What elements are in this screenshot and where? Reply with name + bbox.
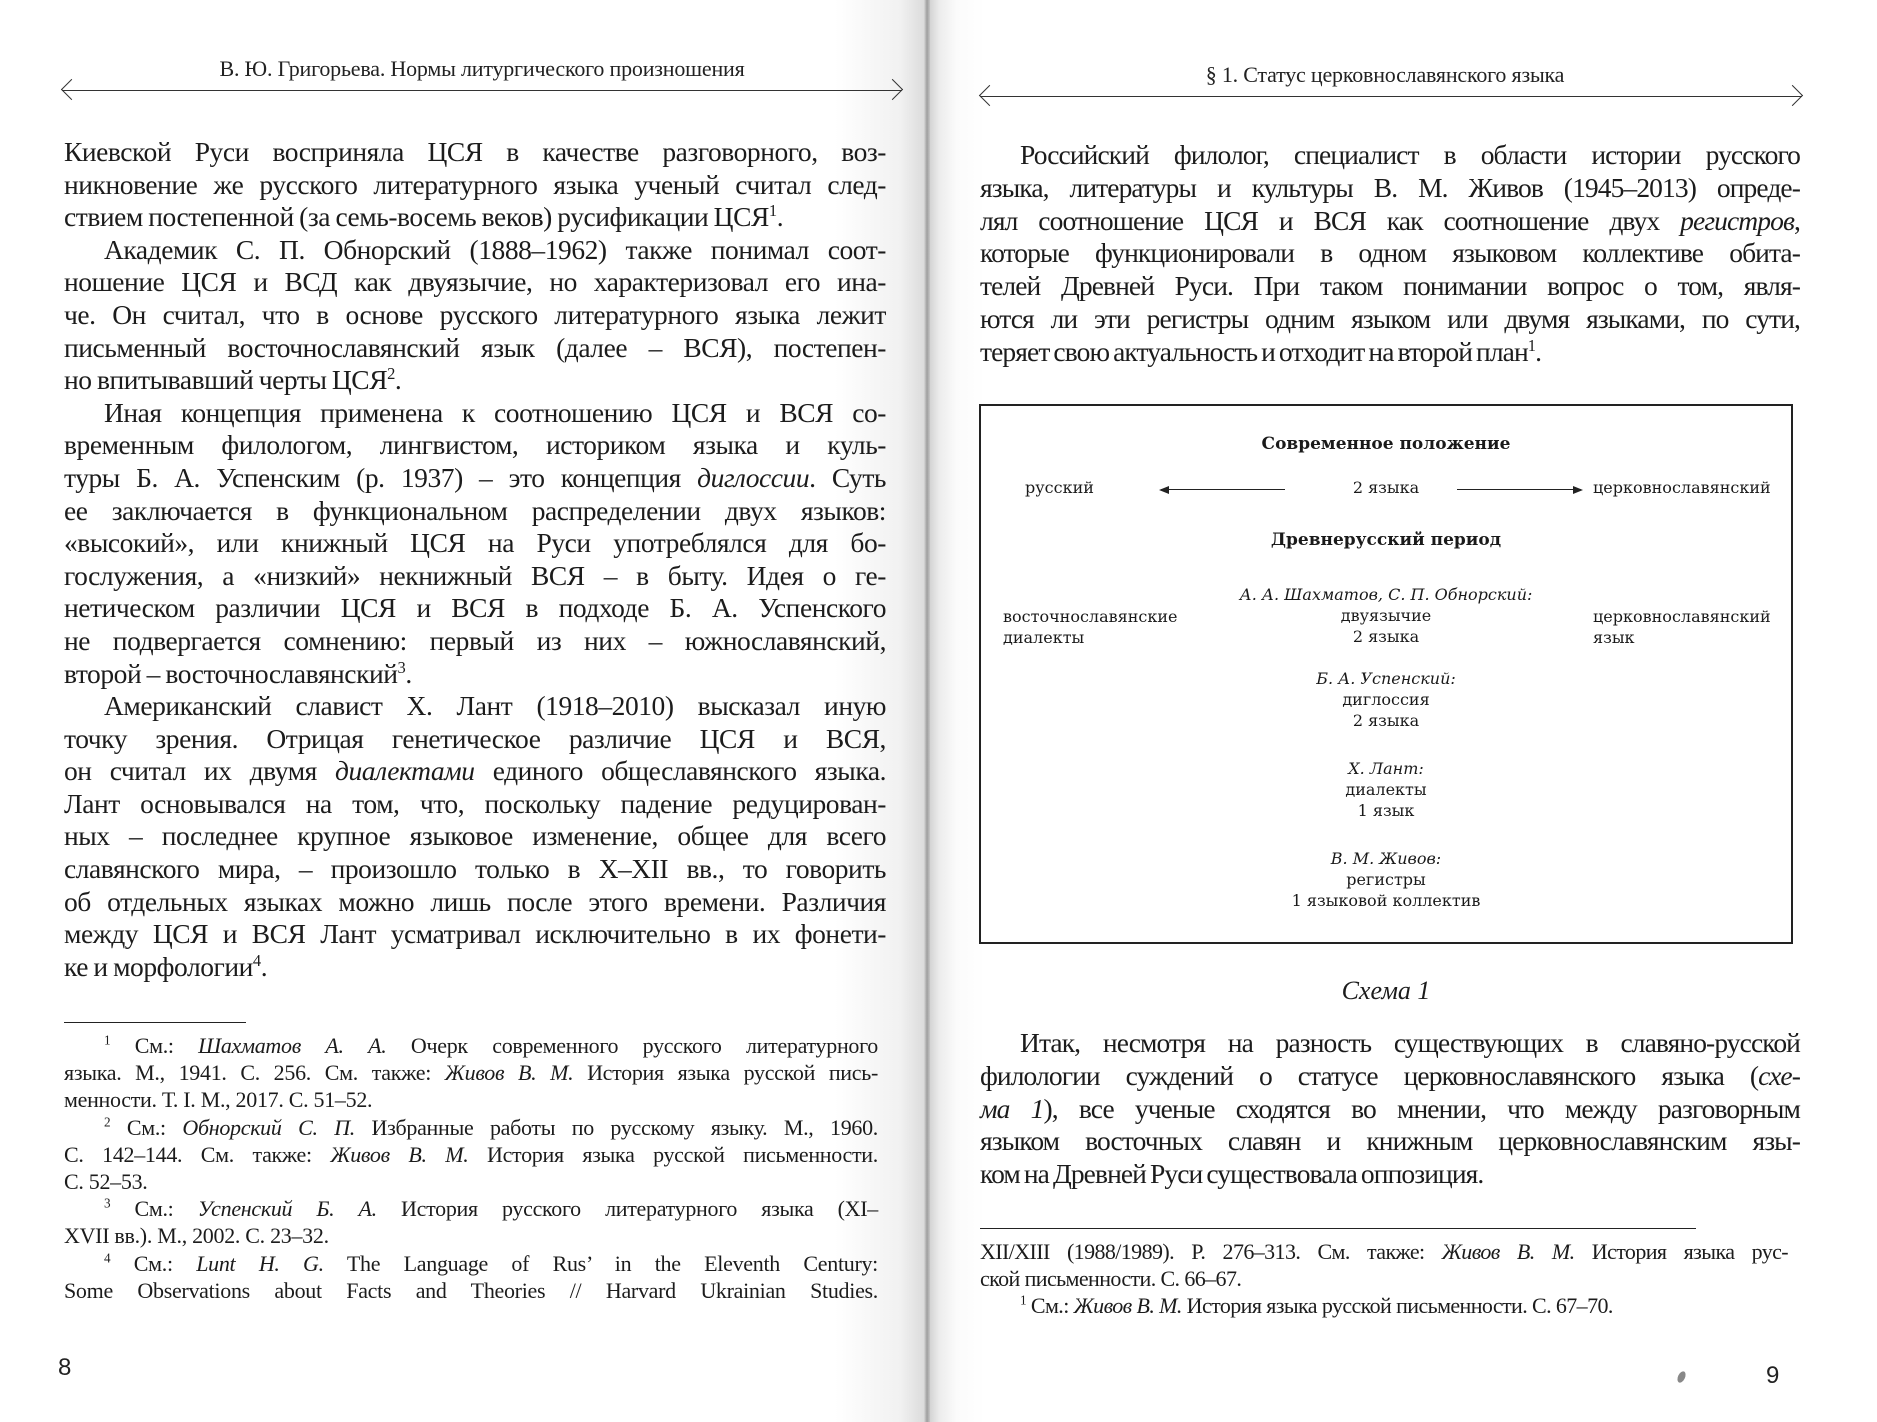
scheme-diagram: Современное положение русский 2 языка це… bbox=[979, 404, 1793, 944]
text-line: ношение ЦСЯ и ВСД как двуязычие, но хара… bbox=[64, 266, 886, 299]
right-conclusion-text: Итак, несмотря на разность существующих … bbox=[980, 1027, 1800, 1191]
text-line: телей Древней Руси. При таком понимании … bbox=[980, 270, 1800, 303]
footnote-line: менности. Т. I. М., 2017. С. 51–52. bbox=[64, 1086, 878, 1113]
scheme-view-zhivov: В. М. Живов: регистры 1 языковой коллект… bbox=[981, 848, 1791, 911]
page-number-right: 9 bbox=[1766, 1362, 1779, 1390]
text-line: гослужения, а «низкий» некнижный ВСЯ – в… bbox=[64, 560, 886, 593]
running-head-right: § 1. Статус церковнославянского языка bbox=[980, 62, 1790, 88]
footnote-line: Some Observations about Facts and Theori… bbox=[64, 1277, 878, 1304]
text-line: Киевской Руси восприняла ЦСЯ в качестве … bbox=[64, 136, 886, 169]
text-line: никновение же русского литературного язы… bbox=[64, 169, 886, 202]
left-body-text: Киевской Руси восприняла ЦСЯ в качестве … bbox=[64, 136, 886, 983]
text-line: второй – восточнославянский3. bbox=[64, 658, 886, 691]
text-line: теряет свою актуальность и отходит на вт… bbox=[980, 336, 1800, 369]
footnote-line: С. 52–53. bbox=[64, 1168, 878, 1195]
text-line: лял соотношение ЦСЯ и ВСЯ как соотношени… bbox=[980, 205, 1800, 238]
footnote-ref[interactable]: 3 bbox=[398, 657, 406, 676]
footnote-3: 3 См.: Успенский Б. А. История русского … bbox=[64, 1195, 878, 1222]
text-line: Итак, несмотря на разность существующих … bbox=[980, 1027, 1800, 1060]
header-rule-arrows bbox=[980, 96, 1802, 97]
text-line: «высокий», или книжный ЦСЯ на Руси употр… bbox=[64, 527, 886, 560]
footnote-2: 2 См.: Обнорский С. П. Избранные работы … bbox=[64, 1114, 878, 1141]
right-footnotes: XII/XIII (1988/1989). P. 276–313. См. та… bbox=[980, 1238, 1788, 1320]
text-line: нетическом различии ЦСЯ и ВСЯ в подходе … bbox=[64, 592, 886, 625]
scheme-node-church-slavonic: церковнославянский bbox=[1593, 478, 1771, 497]
italic-term: диглоссии bbox=[697, 462, 809, 493]
text-line: но впитывавший черты ЦСЯ2. bbox=[64, 364, 886, 397]
text-line: точку зрения. Отрицая генетическое разли… bbox=[64, 723, 886, 756]
text-line: Лант основывался на том, что, поскольку … bbox=[64, 788, 886, 821]
text-line: ма 1), все ученые сходятся во мнении, чт… bbox=[980, 1093, 1800, 1126]
text-line: филологии суждений о статусе церковносла… bbox=[980, 1060, 1800, 1093]
text-line: че. Он считал, что в основе русского лит… bbox=[64, 299, 886, 332]
footnote-line: XVII вв.). М., 2002. С. 23–32. bbox=[64, 1222, 878, 1249]
text-line: ствием постепенной (за семь-восемь веков… bbox=[64, 201, 886, 234]
footnote-1: 1 См.: Живов В. М. История языка русской… bbox=[980, 1292, 1788, 1319]
arrow-right-icon bbox=[1457, 489, 1581, 490]
footnote-continuation: XII/XIII (1988/1989). P. 276–313. См. та… bbox=[980, 1238, 1788, 1265]
text-line: ке и морфологии4. bbox=[64, 951, 886, 984]
footnote-divider bbox=[980, 1228, 1696, 1229]
text-line: он считал их двумя диалектами единого об… bbox=[64, 755, 886, 788]
text-line: не подвергается сомнению: первый из них … bbox=[64, 625, 886, 658]
footnote-ref[interactable]: 2 bbox=[387, 364, 395, 383]
footnote-ref[interactable]: 4 bbox=[253, 951, 261, 970]
text-line: между ЦСЯ и ВСЯ Лант усматривал исключит… bbox=[64, 918, 886, 951]
left-footnotes: 1 См.: Шахматов А. А. Очерк современного… bbox=[64, 1032, 878, 1304]
page-number-left: 8 bbox=[58, 1354, 71, 1382]
text-line: туры Б. А. Успенским (р. 1937) – это кон… bbox=[64, 462, 886, 495]
scheme-view-lunt: Х. Лант: диалекты 1 язык bbox=[981, 758, 1791, 821]
text-line: Академик С. П. Обнорский (1888–1962) так… bbox=[64, 234, 886, 267]
text-line: которые функционировали в одном языковом… bbox=[980, 237, 1800, 270]
text-line: славянского мира, – произошло только в X… bbox=[64, 853, 886, 886]
footnote-ref[interactable]: 1 bbox=[769, 201, 777, 220]
footnote-line: С. 142–144. См. также: Живов В. М. Истор… bbox=[64, 1141, 878, 1168]
text-line: об отдельных языках можно лишь после это… bbox=[64, 886, 886, 919]
footnote-1: 1 См.: Шахматов А. А. Очерк современного… bbox=[64, 1032, 878, 1059]
text-line: Американский славист Х. Лант (1918–2010)… bbox=[64, 690, 886, 723]
text-line: ных – последнее крупное языковое изменен… bbox=[64, 820, 886, 853]
footnote-line: ской письменности. С. 66–67. bbox=[980, 1265, 1788, 1292]
text-line: временным филологом, лингвистом, историк… bbox=[64, 429, 886, 462]
text-line: Российский филолог, специалист в области… bbox=[980, 139, 1800, 172]
right-intro-text: Российский филолог, специалист в области… bbox=[980, 139, 1800, 369]
text-line: ее заключается в функциональном распреде… bbox=[64, 495, 886, 528]
text-line: ются ли эти регистры одним языком или дв… bbox=[980, 303, 1800, 336]
footnote-4: 4 См.: Lunt H. G. The Language of Rus’ i… bbox=[64, 1250, 878, 1277]
text-line: Иная концепция применена к соотношению Ц… bbox=[64, 397, 886, 430]
running-head-left: В. Ю. Григорьева. Нормы литургического п… bbox=[64, 56, 900, 82]
scheme-heading-modern: Современное положение bbox=[981, 434, 1791, 454]
scheme-view-shakhmatov-obnorsky: А. А. Шахматов, С. П. Обнорский: двуязыч… bbox=[981, 584, 1791, 647]
scheme-view-uspensky: Б. А. Успенский: диглоссия 2 языка bbox=[981, 668, 1791, 731]
italic-term: диалектами bbox=[335, 755, 475, 786]
text-line: письменный восточнославянский язык (дале… bbox=[64, 332, 886, 365]
footnote-divider bbox=[64, 1022, 246, 1023]
text-line: ком на Древней Руси существовала оппозиц… bbox=[980, 1158, 1800, 1191]
book-gutter bbox=[924, 0, 930, 1422]
text-line: языка, литературы и культуры В. М. Живов… bbox=[980, 172, 1800, 205]
scheme-heading-old-russian: Древнерусский период bbox=[981, 530, 1791, 550]
header-rule-arrows bbox=[62, 90, 902, 91]
italic-term: регистров bbox=[1680, 205, 1794, 236]
footnote-ref[interactable]: 1 bbox=[1528, 336, 1535, 355]
footnote-line: языка. М., 1941. С. 256. См. также: Живо… bbox=[64, 1059, 878, 1086]
text-line: языком восточных славян и книжным церков… bbox=[980, 1125, 1800, 1158]
scheme-caption: Схема 1 bbox=[979, 976, 1793, 1006]
